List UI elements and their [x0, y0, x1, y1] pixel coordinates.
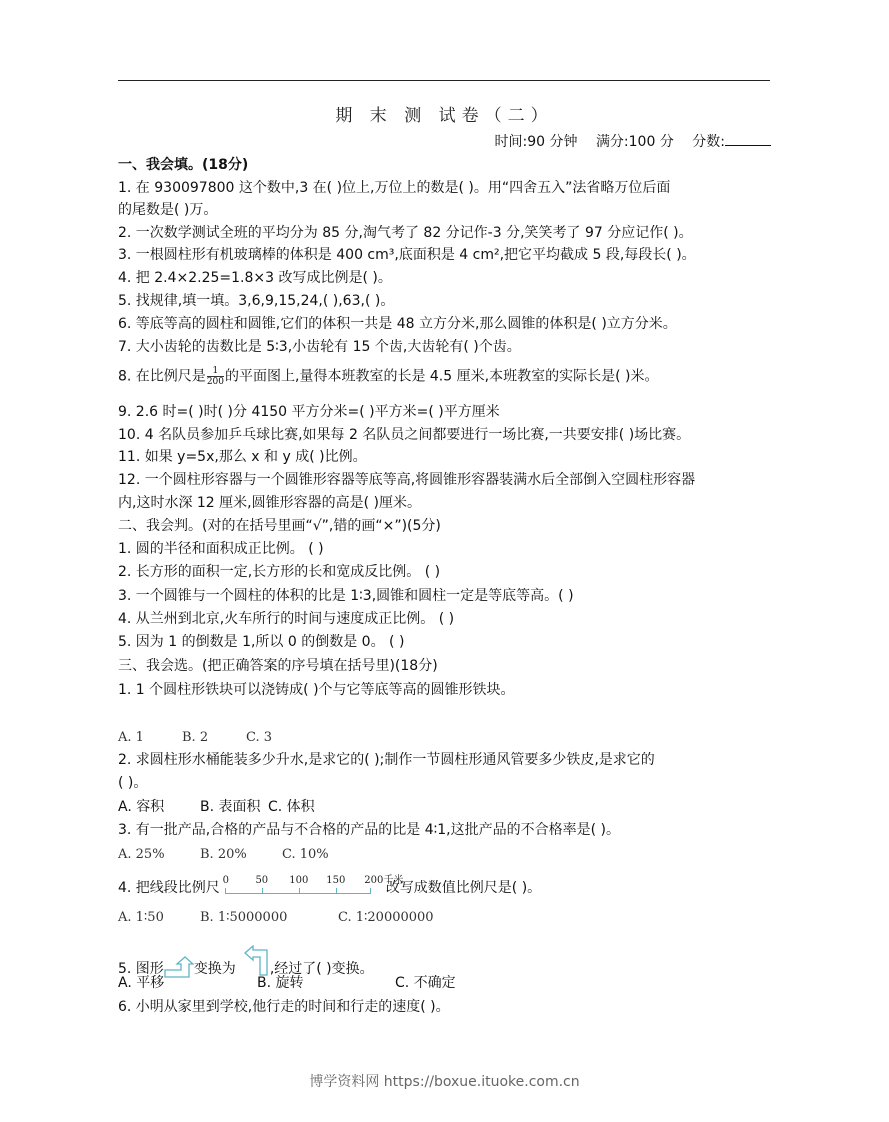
s3-q4-options: A. 1∶50B. 1∶5000000C. 1∶20000000 — [118, 908, 434, 928]
option-c[interactable]: C. 3 — [246, 728, 272, 748]
s1-q8-suffix: 的平面图上,量得本班教室的长是 4.5 厘米,本班教室的实际长是( )米。 — [225, 369, 658, 385]
option-b[interactable]: B. 2 — [182, 728, 246, 748]
s3-q1: 1. 1 个圆柱形铁块可以浇铸成( )个与它等底等高的圆锥形铁块。 — [118, 680, 515, 700]
s1-q1-line2: 的尾数是( )万。 — [118, 200, 217, 220]
fraction-numerator: 1 — [207, 366, 224, 377]
scale-label: 50 — [255, 871, 268, 891]
s1-q4: 4. 把 2.4×2.25=1.8×3 改写成比例是( )。 — [118, 268, 392, 288]
s2-q2: 2. 长方形的面积一定,长方形的长和宽成反比例。 ( ) — [118, 562, 440, 582]
page-title: 期 末 测 试卷（二） — [0, 101, 889, 126]
s2-q5: 5. 因为 1 的倒数是 1,所以 0 的倒数是 0。 ( ) — [118, 632, 404, 652]
scale-label: 0 — [223, 871, 229, 891]
exam-meta: 时间:90 分钟 满分:100 分 分数: — [481, 131, 772, 151]
score-field: 分数: — [692, 134, 771, 150]
line-scale-figure: 0 50 100 150 200千米 — [222, 874, 378, 896]
fraction-denominator: 200 — [207, 377, 224, 387]
option-b[interactable]: B. 表面积 — [200, 797, 268, 817]
section-1-heading: 一、我会填。(18分) — [118, 155, 248, 175]
s1-q9: 9. 2.6 时=( )时( )分 4150 平方分米=( )平方米=( )平方… — [118, 402, 500, 422]
s1-q6: 6. 等底等高的圆柱和圆锥,它们的体积一共是 48 立方分米,那么圆锥的体积是(… — [118, 314, 677, 334]
score-blank[interactable] — [725, 133, 771, 146]
option-b[interactable]: B. 1∶5000000 — [200, 908, 338, 928]
scale-label: 100 — [289, 871, 308, 891]
full-score-label: 满分:100 分 — [596, 134, 674, 150]
s2-q4: 4. 从兰州到北京,火车所行的时间与速度成正比例。 ( ) — [118, 609, 454, 629]
option-b[interactable]: B. 20% — [200, 845, 282, 865]
score-label: 分数: — [692, 134, 725, 150]
time-label: 时间:90 分钟 — [495, 134, 578, 150]
s1-q2: 2. 一次数学测试全班的平均分为 85 分,淘气考了 82 分记作-3 分,笑笑… — [118, 223, 693, 243]
option-c[interactable]: C. 不确定 — [395, 973, 456, 993]
option-a[interactable]: A. 容积 — [118, 797, 200, 817]
s1-q11: 11. 如果 y=5x,那么 x 和 y 成( )比例。 — [118, 447, 367, 467]
option-a[interactable]: A. 1∶50 — [118, 908, 200, 928]
option-c[interactable]: C. 1∶20000000 — [338, 908, 434, 928]
s3-q4-suffix: 改写成数值比例尺是( )。 — [386, 880, 541, 896]
s3-q2-line2: ( )。 — [118, 773, 147, 793]
top-rule — [118, 80, 770, 81]
s1-q12-line2: 内,这时水深 12 厘米,圆锥形容器的高是( )厘米。 — [118, 493, 421, 513]
s1-q5: 5. 找规律,填一填。3,6,9,15,24,( ),63,( )。 — [118, 291, 394, 311]
s3-q4-prefix: 4. 把线段比例尺 — [118, 880, 220, 896]
option-a[interactable]: A. 1 — [118, 728, 182, 748]
s2-q3: 3. 一个圆锥与一个圆柱的体积的比是 1∶3,圆锥和圆柱一定是等底等高。( ) — [118, 586, 574, 606]
s1-q3: 3. 一根圆柱形有机玻璃棒的体积是 400 cm³,底面积是 4 cm²,把它平… — [118, 245, 696, 265]
s3-q2-options: A. 容积B. 表面积C. 体积 — [118, 797, 315, 817]
option-c[interactable]: C. 10% — [282, 845, 329, 865]
s3-q6: 6. 小明从家里到学校,他行走的时间和行走的速度( )。 — [118, 997, 450, 1017]
scale-label: 150 — [326, 871, 345, 891]
s3-q1-options: A. 1B. 2C. 3 — [118, 728, 272, 748]
s1-q10: 10. 4 名队员参加乒乓球比赛,如果每 2 名队员之间都要进行一场比赛,一共要… — [118, 425, 690, 445]
s3-q3: 3. 有一批产品,合格的产品与不合格的产品的比是 4∶1,这批产品的不合格率是(… — [118, 820, 620, 840]
s3-q5-options: A. 平移B. 旋转C. 不确定 — [118, 973, 456, 993]
option-a[interactable]: A. 25% — [118, 845, 200, 865]
scale-label: 200千米 — [364, 871, 403, 891]
s3-q4: 4. 把线段比例尺 0 50 100 150 200千米 改写成数值比例尺是( … — [118, 874, 541, 898]
section-3-heading: 三、我会选。(把正确答案的序号填在括号里)(18分) — [118, 656, 438, 676]
option-a[interactable]: A. 平移 — [118, 973, 257, 993]
option-b[interactable]: B. 旋转 — [257, 973, 395, 993]
footer-watermark: 博学资料网 https://boxue.ituoke.com.cn — [0, 1071, 889, 1091]
s1-q12-line1: 12. 一个圆柱形容器与一个圆锥形容器等底等高,将圆锥形容器装满水后全部倒入空圆… — [118, 470, 695, 490]
scale-bar — [225, 893, 370, 894]
scale-fraction: 1200 — [207, 366, 224, 387]
s1-q1-line1: 1. 在 930097800 这个数中,3 在( )位上,万位上的数是( )。用… — [118, 178, 670, 198]
option-c[interactable]: C. 体积 — [268, 797, 315, 817]
s3-q2-line1: 2. 求圆柱形水桶能装多少升水,是求它的( );制作一节圆柱形通风管要多少铁皮,… — [118, 750, 655, 770]
s2-q1: 1. 圆的半径和面积成正比例。 ( ) — [118, 539, 324, 559]
s3-q3-options: A. 25%B. 20%C. 10% — [118, 845, 329, 865]
s1-q8: 8. 在比例尺是1200的平面图上,量得本班教室的长是 4.5 厘米,本班教室的… — [118, 366, 658, 387]
s1-q7: 7. 大小齿轮的齿数比是 5∶3,小齿轮有 15 个齿,大齿轮有( )个齿。 — [118, 337, 521, 357]
section-2-heading: 二、我会判。(对的在括号里画“√”,错的画“×”)(5分) — [118, 516, 441, 536]
exam-page: 期 末 测 试卷（二） 时间:90 分钟 满分:100 分 分数: 一、我会填。… — [0, 0, 889, 1122]
s1-q8-prefix: 8. 在比例尺是 — [118, 369, 206, 385]
